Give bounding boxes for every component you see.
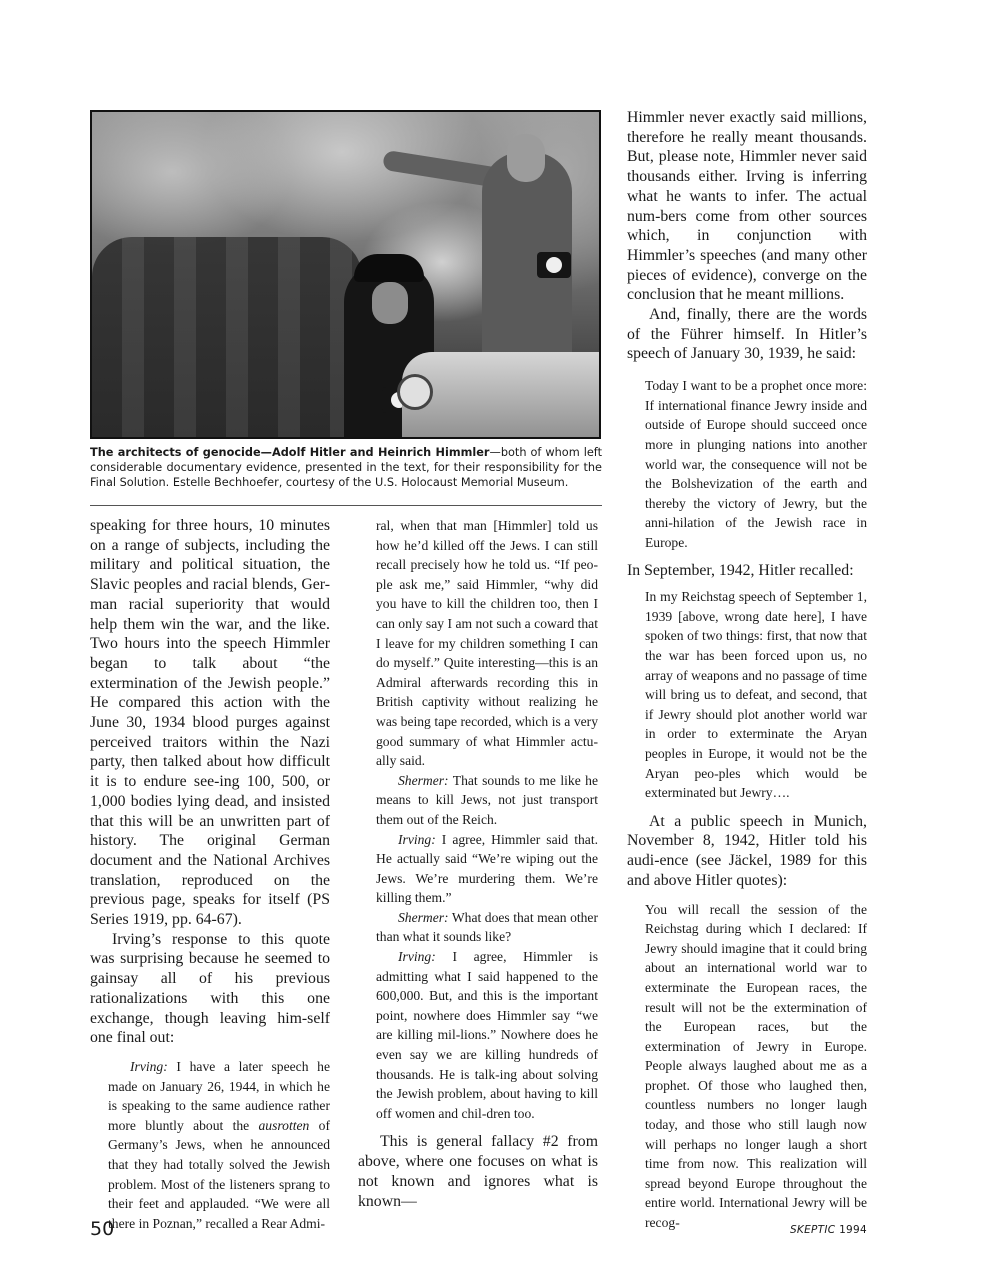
paragraph: And, finally, there are the words of the… — [627, 305, 867, 364]
block-quote: You will recall the session of the Reich… — [627, 900, 867, 1233]
block-quote: In my Reichstag speech of September 1, 1… — [627, 587, 867, 803]
interview-quote: Irving: I agree, Himmler said that. He a… — [358, 830, 598, 908]
column-2: ral, when that man [Himmler] told us how… — [358, 516, 598, 1211]
paragraph: This is general fallacy #2 from above, w… — [358, 1132, 598, 1211]
running-footer: SKEPTIC 1994 — [790, 1224, 867, 1236]
photo-marching-troops — [92, 237, 362, 437]
paragraph: At a public speech in Munich, November 8… — [627, 812, 867, 891]
speaker-label: Shermer: — [398, 773, 449, 788]
quote-text: I agree, Himmler is admitting what I sai… — [376, 949, 598, 1121]
speaker-label: Irving: — [398, 949, 436, 964]
column-1: speaking for three hours, 10 minutes on … — [90, 516, 330, 1233]
photo-headlight — [397, 374, 433, 410]
photo-cap-himmler — [354, 254, 424, 282]
speaker-label: Shermer: — [398, 910, 449, 925]
publication-year: 1994 — [835, 1224, 867, 1236]
emphasized-term: ausrotten — [259, 1118, 310, 1133]
interview-quote: Shermer: What does that mean other than … — [358, 908, 598, 947]
photo-caption: The architects of genocide—Adolf Hitler … — [90, 445, 602, 490]
speaker-label: Irving: — [130, 1059, 168, 1074]
paragraph: Himmler never exactly said millions, the… — [627, 108, 867, 305]
interview-quote: Irving: I have a later speech he made on… — [90, 1057, 330, 1233]
caption-divider — [90, 505, 602, 506]
paragraph: In September, 1942, Hitler recalled: — [627, 561, 867, 581]
paragraph: Irving’s response to this quote was surp… — [90, 930, 330, 1048]
quote-text: of Germany’s Jews, when he announced tha… — [108, 1118, 330, 1231]
block-quote: Today I want to be a prophet once more: … — [627, 376, 867, 552]
page-number: 50 — [90, 1218, 114, 1240]
column-3: Himmler never exactly said millions, the… — [627, 108, 867, 1233]
caption-title: The architects of genocide—Adolf Hitler … — [90, 446, 490, 459]
interview-quote-continued: ral, when that man [Himmler] told us how… — [358, 516, 598, 771]
publication-name: SKEPTIC — [790, 1224, 835, 1236]
interview-quote: Irving: I agree, Himmler is admitting wh… — [358, 947, 598, 1123]
speaker-label: Irving: — [398, 832, 436, 847]
interview-quote: Shermer: That sounds to me like he means… — [358, 771, 598, 830]
historical-photograph — [90, 110, 601, 439]
paragraph: speaking for three hours, 10 minutes on … — [90, 516, 330, 930]
photo-face-hitler — [507, 134, 545, 182]
photo-armband-icon — [537, 252, 571, 278]
magazine-page: The architects of genocide—Adolf Hitler … — [0, 0, 985, 1280]
photo-face-himmler — [372, 282, 408, 324]
